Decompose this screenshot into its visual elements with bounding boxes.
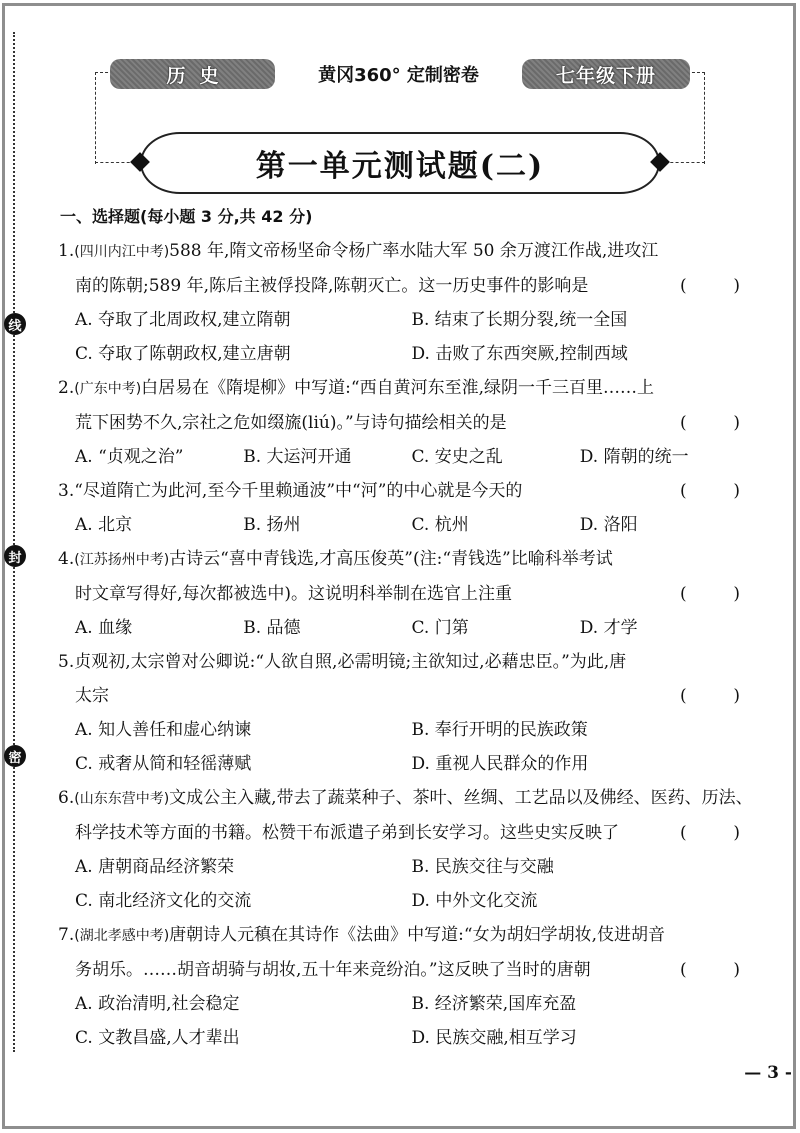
option-d[interactable]: D. 民族交融,相互学习 — [412, 1021, 749, 1055]
question-text: 唐朝诗人元稹在其诗作《法曲》中写道:“女为胡妇学胡妆,伎进胡音 — [169, 925, 665, 945]
options-row: A. “贞观之治” B. 大运河开通 C. 安史之乱 D. 隋朝的统一 — [58, 440, 748, 474]
question-text: 文成公主入藏,带去了蔬菜种子、茶叶、丝绸、工艺品以及佛经、医药、历法、 — [169, 788, 752, 808]
question-content: 一、选择题(每小题 3 分,共 42 分) 1.(四川内江中考)588 年,隋文… — [58, 200, 748, 1055]
options-row: A. 北京 B. 扬州 C. 杭州 D. 洛阳 — [58, 508, 748, 542]
question-line: 6.(山东东营中考)文成公主入藏,带去了蔬菜种子、茶叶、丝绸、工艺品以及佛经、医… — [58, 781, 748, 816]
question-text: 科学技术等方面的书籍。松赞干布派遣子弟到长安学习。这些史实反映了 — [75, 823, 619, 843]
options-row: A. 政治清明,社会稳定 B. 经济繁荣,国库充盈 — [58, 987, 748, 1021]
answer-bracket[interactable]: () — [680, 679, 740, 713]
question-text: 南的陈朝;589 年,陈后主被俘投降,陈朝灭亡。这一历史事件的影响是 — [75, 276, 588, 296]
question-3: 3.“尽道隋亡为此河,至今千里赖通波”中“河”的中心就是今天的 () A. 北京… — [58, 474, 748, 542]
option-c[interactable]: C. 南北经济文化的交流 — [75, 884, 412, 918]
section-heading: 一、选择题(每小题 3 分,共 42 分) — [60, 200, 748, 234]
question-line: 4.(江苏扬州中考)古诗云“喜中青钱选,才高压俊英”(注:“青钱选”比喻科举考试 — [58, 542, 748, 577]
option-c[interactable]: C. 戒奢从简和轻徭薄赋 — [75, 747, 412, 781]
answer-bracket[interactable]: () — [680, 269, 740, 303]
question-number: 6. — [58, 788, 74, 808]
options-row: A. 血缘 B. 品德 C. 门第 D. 才学 — [58, 611, 748, 645]
option-a[interactable]: A. “贞观之治” — [75, 440, 243, 474]
options-row: A. 知人善任和虚心纳谏 B. 奉行开明的民族政策 — [58, 713, 748, 747]
question-source: (湖北孝感中考) — [74, 928, 169, 944]
question-number: 7. — [58, 925, 74, 945]
answer-bracket[interactable]: () — [680, 577, 740, 611]
question-line: 7.(湖北孝感中考)唐朝诗人元稹在其诗作《法曲》中写道:“女为胡妇学胡妆,伎进胡… — [58, 918, 748, 953]
option-d[interactable]: D. 洛阳 — [580, 508, 748, 542]
question-source: (四川内江中考) — [74, 244, 169, 260]
binding-dotted-line — [13, 32, 15, 1052]
question-5: 5.贞观初,太宗曾对公卿说:“人欲自照,必需明镜;主欲知过,必藉忠臣。”为此,唐… — [58, 645, 748, 781]
question-text: 贞观初,太宗曾对公卿说:“人欲自照,必需明镜;主欲知过,必藉忠臣。”为此,唐 — [74, 652, 626, 672]
subject-badge: 历史 — [110, 59, 275, 89]
option-d[interactable]: D. 中外文化交流 — [412, 884, 749, 918]
question-line: 2.(广东中考)白居易在《隋堤柳》中写道:“西自黄河东至淮,绿阴一千三百里……上 — [58, 371, 748, 406]
option-a[interactable]: A. 唐朝商品经济繁荣 — [75, 850, 412, 884]
option-a[interactable]: A. 夺取了北周政权,建立隋朝 — [75, 303, 412, 337]
question-line: 太宗 () — [58, 679, 748, 713]
question-number: 4. — [58, 549, 74, 569]
question-line: 5.贞观初,太宗曾对公卿说:“人欲自照,必需明镜;主欲知过,必藉忠臣。”为此,唐 — [58, 645, 748, 679]
answer-bracket[interactable]: () — [680, 406, 740, 440]
question-number: 5. — [58, 652, 74, 672]
option-c[interactable]: C. 门第 — [412, 611, 580, 645]
question-source: (山东东营中考) — [74, 791, 169, 807]
question-4: 4.(江苏扬州中考)古诗云“喜中青钱选,才高压俊英”(注:“青钱选”比喻科举考试… — [58, 542, 748, 645]
option-a[interactable]: A. 知人善任和虚心纳谏 — [75, 713, 412, 747]
question-line: 3.“尽道隋亡为此河,至今千里赖通波”中“河”的中心就是今天的 () — [58, 474, 748, 508]
option-a[interactable]: A. 北京 — [75, 508, 243, 542]
option-d[interactable]: D. 重视人民群众的作用 — [412, 747, 749, 781]
options-row: C. 南北经济文化的交流 D. 中外文化交流 — [58, 884, 748, 918]
question-text: 太宗 — [75, 686, 109, 706]
answer-bracket[interactable]: () — [680, 953, 740, 987]
options-row: A. 唐朝商品经济繁荣 B. 民族交往与交融 — [58, 850, 748, 884]
binding-mark-feng: 封 — [4, 545, 26, 567]
option-b[interactable]: B. 品德 — [243, 611, 411, 645]
answer-bracket[interactable]: () — [680, 816, 740, 850]
series-title: 黄冈360° 定制密卷 — [318, 61, 479, 87]
right-dash-connector — [665, 162, 705, 163]
options-row: C. 戒奢从简和轻徭薄赋 D. 重视人民群众的作用 — [58, 747, 748, 781]
option-c[interactable]: C. 文教昌盛,人才辈出 — [75, 1021, 412, 1055]
unit-title-box: 第一单元测试题(二) — [140, 132, 660, 194]
answer-bracket[interactable]: () — [680, 474, 740, 508]
option-b[interactable]: B. 结束了长期分裂,统一全国 — [412, 303, 749, 337]
option-d[interactable]: D. 击败了东西突厥,控制西域 — [412, 337, 749, 371]
question-text: 白居易在《隋堤柳》中写道:“西自黄河东至淮,绿阴一千三百里……上 — [141, 378, 654, 398]
question-line: 南的陈朝;589 年,陈后主被俘投降,陈朝灭亡。这一历史事件的影响是 () — [58, 269, 748, 303]
binding-mark-mi: 密 — [4, 745, 26, 767]
options-row: C. 夺取了陈朝政权,建立唐朝 D. 击败了东西突厥,控制西域 — [58, 337, 748, 371]
option-b[interactable]: B. 奉行开明的民族政策 — [412, 713, 749, 747]
option-a[interactable]: A. 血缘 — [75, 611, 243, 645]
binding-mark-xian: 线 — [4, 313, 26, 335]
question-text: 古诗云“喜中青钱选,才高压俊英”(注:“青钱选”比喻科举考试 — [169, 549, 613, 569]
question-text: 荒下困势不久,宗社之危如缀旒(liú)。”与诗句描绘相关的是 — [75, 413, 507, 433]
question-number: 3. — [58, 481, 74, 501]
option-c[interactable]: C. 杭州 — [412, 508, 580, 542]
unit-title: 第一单元测试题(二) — [256, 141, 544, 185]
question-6: 6.(山东东营中考)文成公主入藏,带去了蔬菜种子、茶叶、丝绸、工艺品以及佛经、医… — [58, 781, 748, 918]
option-d[interactable]: D. 隋朝的统一 — [580, 440, 748, 474]
question-1: 1.(四川内江中考)588 年,隋文帝杨坚命令杨广率水陆大军 50 余万渡江作战… — [58, 234, 748, 371]
options-row: A. 夺取了北周政权,建立隋朝 B. 结束了长期分裂,统一全国 — [58, 303, 748, 337]
question-line: 务胡乐。……胡音胡骑与胡妆,五十年来竞纷泊。”这反映了当时的唐朝 () — [58, 953, 748, 987]
header-bar: 历史 黄冈360° 定制密卷 七年级下册 — [110, 58, 690, 90]
options-row: C. 文教昌盛,人才辈出 D. 民族交融,相互学习 — [58, 1021, 748, 1055]
question-line: 时文章写得好,每次都被选中)。这说明科举制在选官上注重 () — [58, 577, 748, 611]
question-7: 7.(湖北孝感中考)唐朝诗人元稹在其诗作《法曲》中写道:“女为胡妇学胡妆,伎进胡… — [58, 918, 748, 1055]
option-b[interactable]: B. 扬州 — [243, 508, 411, 542]
question-number: 1. — [58, 241, 74, 261]
question-2: 2.(广东中考)白居易在《隋堤柳》中写道:“西自黄河东至淮,绿阴一千三百里……上… — [58, 371, 748, 474]
question-line: 科学技术等方面的书籍。松赞干布派遣子弟到长安学习。这些史实反映了 () — [58, 816, 748, 850]
option-d[interactable]: D. 才学 — [580, 611, 748, 645]
question-text: 588 年,隋文帝杨坚命令杨广率水陆大军 50 余万渡江作战,进攻江 — [169, 241, 658, 261]
option-b[interactable]: B. 民族交往与交融 — [412, 850, 749, 884]
left-dash-connector — [95, 162, 135, 163]
option-a[interactable]: A. 政治清明,社会稳定 — [75, 987, 412, 1021]
option-b[interactable]: B. 经济繁荣,国库充盈 — [412, 987, 749, 1021]
question-text: 务胡乐。……胡音胡骑与胡妆,五十年来竞纷泊。”这反映了当时的唐朝 — [75, 960, 591, 980]
question-line: 1.(四川内江中考)588 年,隋文帝杨坚命令杨广率水陆大军 50 余万渡江作战… — [58, 234, 748, 269]
page-number: — 3 - — [744, 1063, 792, 1083]
option-b[interactable]: B. 大运河开通 — [243, 440, 411, 474]
question-line: 荒下困势不久,宗社之危如缀旒(liú)。”与诗句描绘相关的是 () — [58, 406, 748, 440]
option-c[interactable]: C. 安史之乱 — [412, 440, 580, 474]
option-c[interactable]: C. 夺取了陈朝政权,建立唐朝 — [75, 337, 412, 371]
question-text: 时文章写得好,每次都被选中)。这说明科举制在选官上注重 — [75, 584, 512, 604]
question-text: “尽道隋亡为此河,至今千里赖通波”中“河”的中心就是今天的 — [74, 481, 522, 501]
grade-badge: 七年级下册 — [522, 59, 690, 89]
question-source: (广东中考) — [74, 381, 141, 397]
question-source: (江苏扬州中考) — [74, 552, 169, 568]
question-number: 2. — [58, 378, 74, 398]
